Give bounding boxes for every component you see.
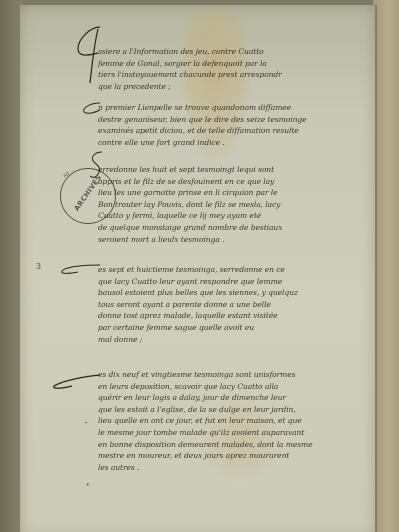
text-line: de quelque monstaige grand nombre de bes… — [98, 222, 366, 234]
text-line: en leurs deposition, scavoir que lacy Cu… — [98, 381, 366, 393]
text-line: les autres . — [98, 462, 366, 474]
text-line: en bonne disposition demeurent malades, … — [98, 439, 366, 451]
initial-flourish-icon — [58, 262, 102, 276]
text-line: Bon trouter lay Pouvis, dont le filz se … — [98, 199, 366, 211]
initial-flourish-icon — [50, 372, 102, 392]
text-line: bausol estoient plus belles que les sien… — [98, 287, 366, 299]
text-line: tous seront ayant a parente donne a une … — [98, 299, 366, 311]
text-line: ssiere a l'Information des jeu, contre C… — [98, 46, 366, 58]
text-line: es sept et huictieme tesmoinga, serredon… — [98, 264, 366, 276]
text-line: lieu quelle en ont ce jour, et fut en le… — [98, 415, 366, 427]
text-line: destre genaniseur, bien que le dire des … — [98, 114, 366, 126]
paragraph-3: erredonne les huit et sept tesmoingt leq… — [98, 164, 366, 245]
text-line: que la precedente ; — [98, 81, 366, 93]
text-line: femme de Gonal, sorgier la defenquoit pa… — [98, 58, 366, 70]
text-line: contre elle une fort grand indice . — [98, 137, 366, 149]
text-line: Cuatto y fermi, laquelle ce lij mey ayam… — [98, 210, 366, 222]
text-line: examinés apetit diciou, et de telle diff… — [98, 125, 366, 137]
photo-backdrop-left — [0, 0, 22, 532]
text-line: donne tost aprez malade, laquelle estant… — [98, 310, 366, 322]
text-line: par certaine femme sague quelle avoit eu — [98, 322, 366, 334]
text-line: mal donne ; — [98, 334, 366, 346]
paragraph-1: ssiere a l'Information des jeu, contre C… — [98, 46, 366, 92]
text-line: le mesme jour tombe malade qu'ilz avoien… — [98, 427, 366, 439]
text-line: tiers l'instoyouement chacunde prest arr… — [98, 69, 366, 81]
paragraph-4: es sept et huictieme tesmoinga, serredon… — [98, 264, 366, 345]
margin-mark: • — [86, 482, 90, 489]
text-line: appris et le filz de se desfouinent en c… — [98, 176, 366, 188]
text-line: quérir en leur logis a dalay, jour de di… — [98, 392, 366, 404]
paragraph-5: es dix neuf et vingtiesme tesmoinga sont… — [98, 369, 366, 473]
margin-mark: – — [84, 418, 88, 427]
text-line: n premier Lienpelle se trouve quandonom … — [98, 102, 366, 114]
text-line: erredonne les huit et sept tesmoingt leq… — [98, 164, 366, 176]
text-line: que les estoit a l'eglise, de la se dulg… — [98, 404, 366, 416]
text-line: es dix neuf et vingtiesme tesmoinga sont… — [98, 369, 366, 381]
text-line: mestre en moureur, et deux jours aprez m… — [98, 450, 366, 462]
text-line: lieu les une garnotte prinse en li cirqu… — [98, 187, 366, 199]
margin-mark: 3 — [36, 262, 41, 271]
text-line: seroient mort a lieulx tesmoinga . — [98, 234, 366, 246]
paragraph-2: n premier Lienpelle se trouve quandonom … — [98, 102, 366, 148]
text-line: que lacy Cuatto leur ayant respondre que… — [98, 276, 366, 288]
